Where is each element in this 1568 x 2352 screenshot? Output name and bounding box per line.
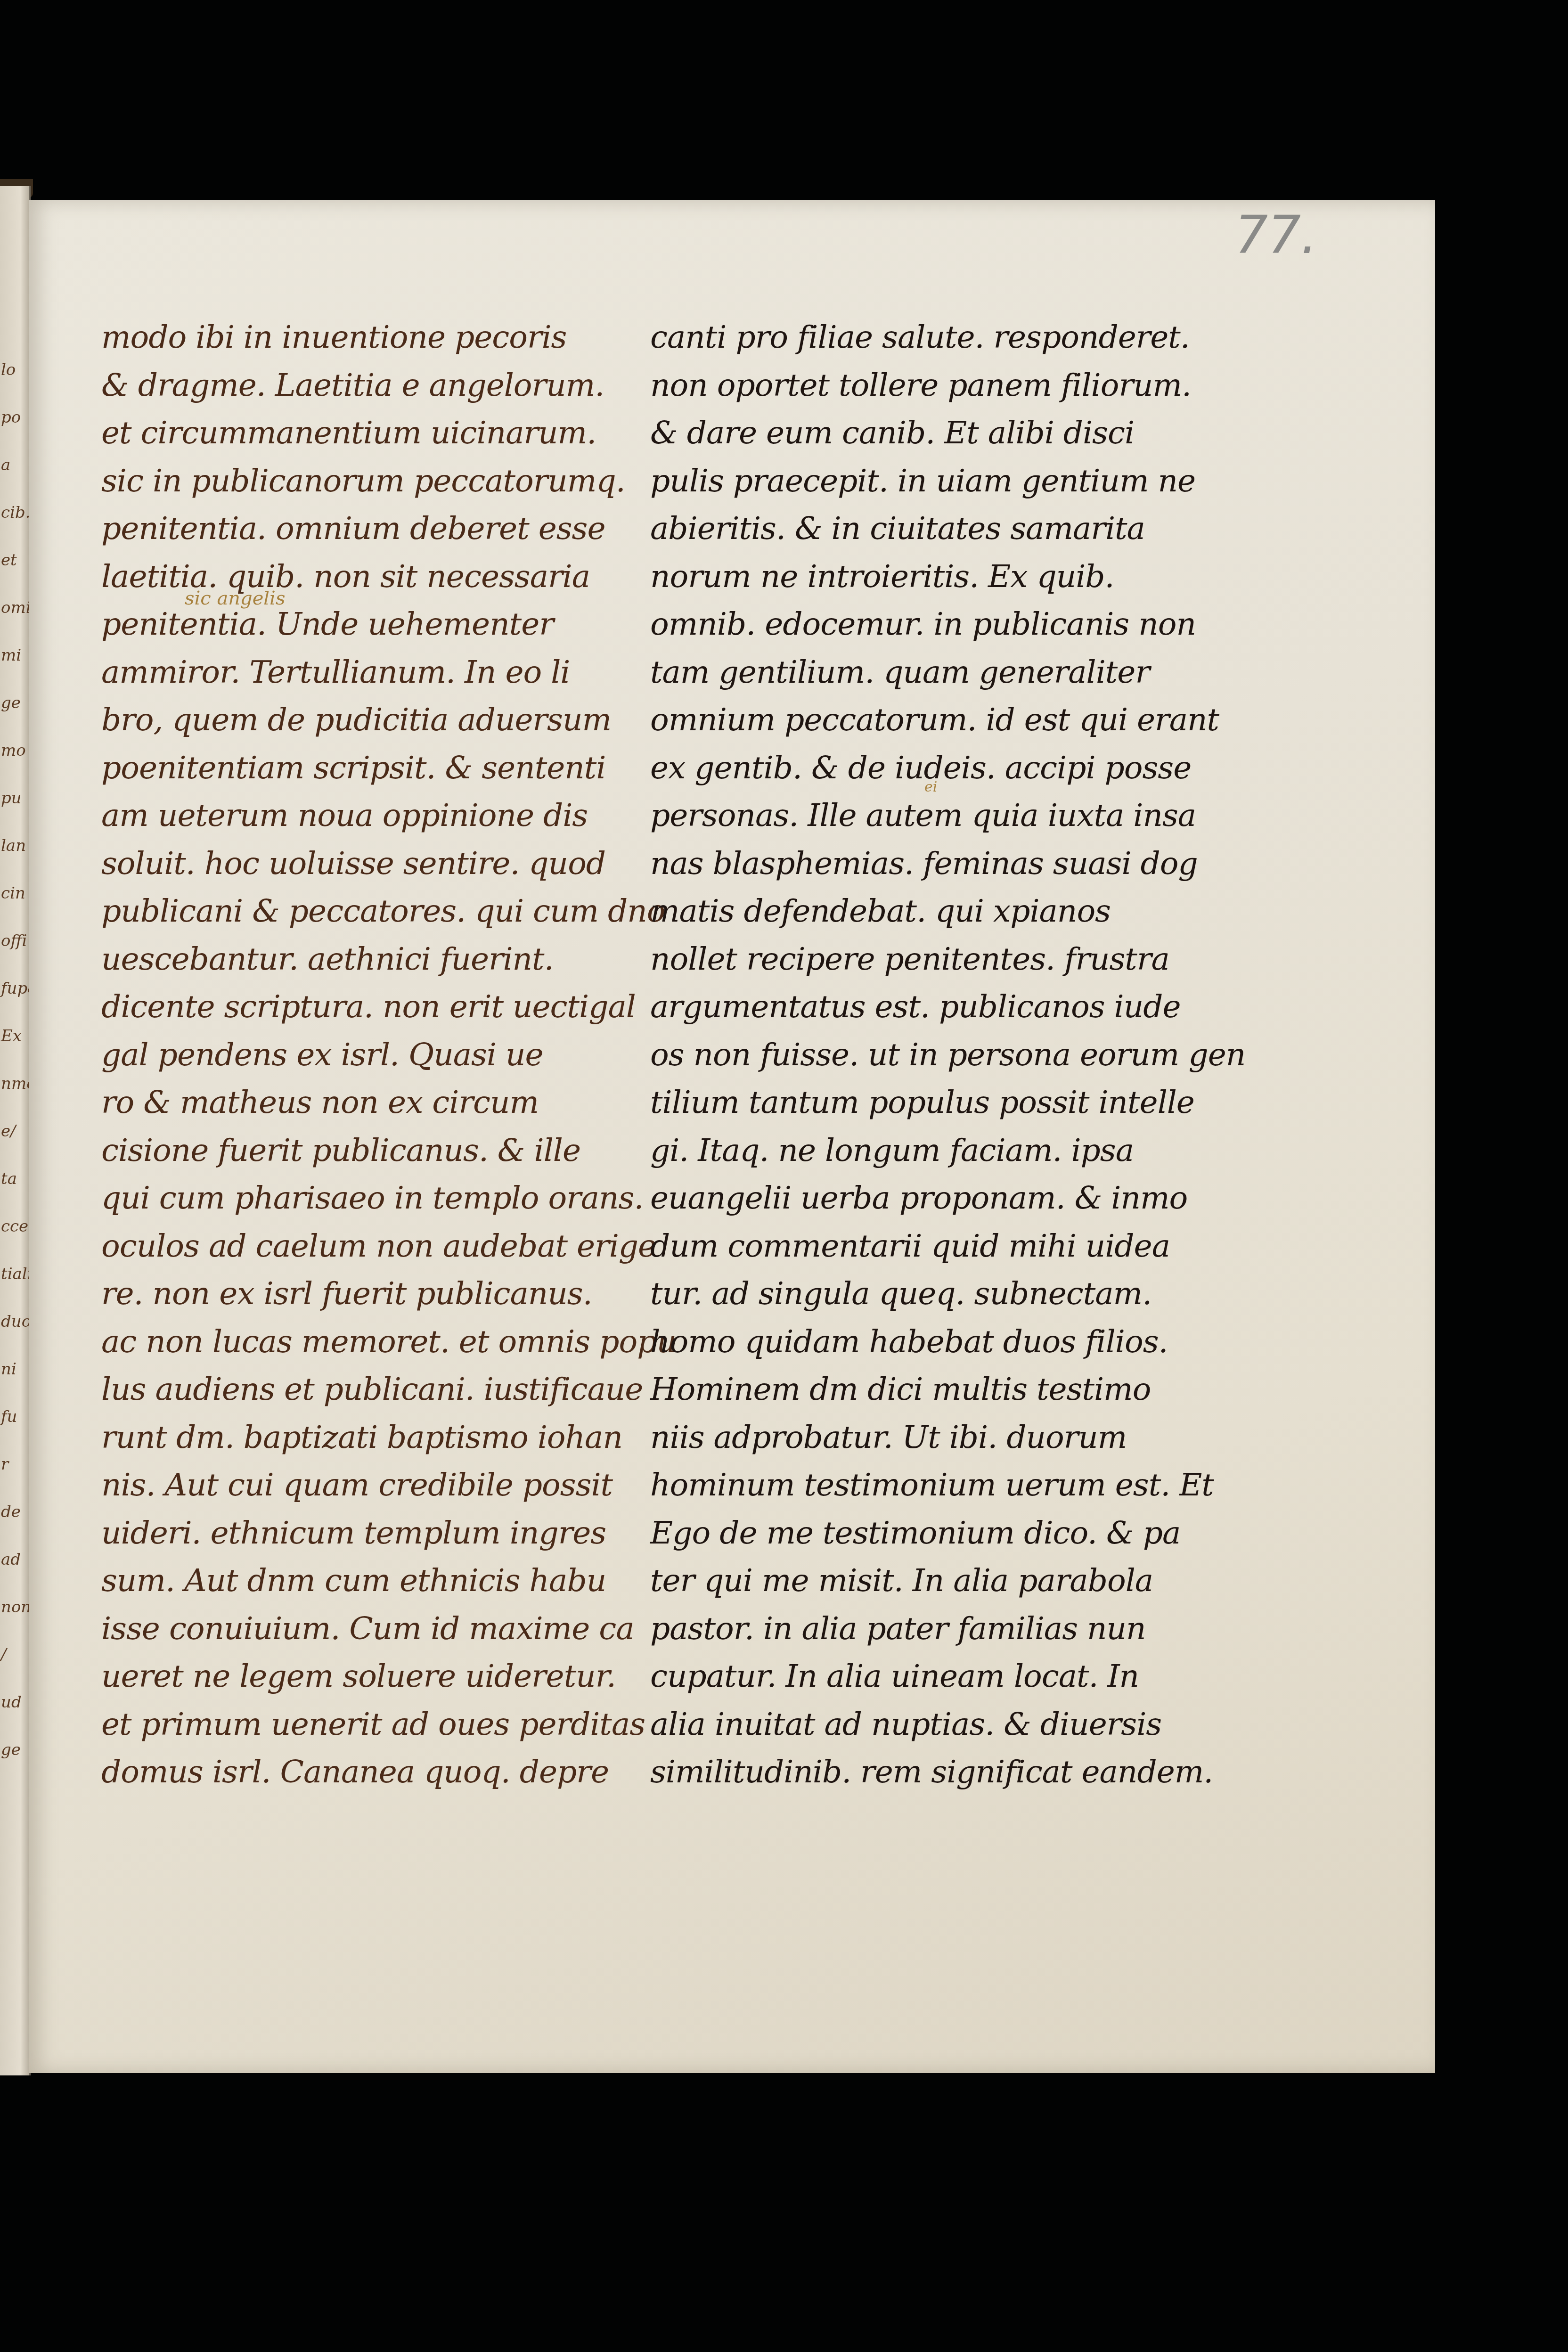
text-line: uescebantur. aethnici fuerint. [101,935,638,983]
facing-page-text-fragment: mo [1,741,26,760]
text-line: & dragme. Laetitia e angelorum. [101,361,638,409]
facing-page-text-fragment: offi [1,931,27,950]
facing-page-text-fragment: ge [1,1740,21,1759]
interlinear-gloss: ei [924,779,937,795]
facing-page-text-fragment: po [1,408,21,427]
text-line: penitentia. omnium deberet esse [101,505,638,553]
text-line: isse conuiuium. Cum id maxime ca [101,1605,638,1653]
text-line: argumentatus est. publicanos iude [650,983,1263,1031]
text-line: personas. Ille autem quia iuxta insa [650,792,1263,840]
text-line: soluit. hoc uoluisse sentire. quod [101,840,638,888]
facing-page-text-fragment: omi [1,598,31,617]
text-line: ueret ne legem soluere uideretur. [101,1652,638,1700]
text-line: & dare eum canib. Et alibi disci [650,409,1263,457]
text-line: ro & matheus non ex circum [101,1078,638,1127]
text-line: ammiror. Tertullianum. In eo li [101,648,638,696]
text-line: nollet recipere penitentes. frustra [650,935,1263,983]
text-line: dicente scriptura. non erit uectigal [101,983,638,1031]
text-line: ac non lucas memoret. et omnis popu [101,1318,638,1366]
interlinear-gloss: sic angelis [185,588,285,609]
text-line: tur. ad singula queq. subnectam. [650,1270,1263,1318]
text-line: alia inuitat ad nuptias. & diuersis [650,1700,1263,1748]
text-line: os non fuisse. ut in persona eorum gen [650,1031,1263,1079]
text-line: homo quidam habebat duos filios. [650,1318,1263,1366]
text-line: abieritis. & in ciuitates samarita [650,505,1263,553]
facing-page-text-fragment: ge [1,694,21,712]
facing-page-text-fragment: et [1,551,17,570]
facing-page-text-fragment: / [1,1645,6,1664]
text-line: hominum testimonium uerum est. Et [650,1461,1263,1509]
facing-page-text-fragment: non [1,1598,31,1617]
text-line: gi. Itaq. ne longum faciam. ipsa [650,1127,1263,1175]
text-line: dum commentarii quid mihi uidea [650,1222,1263,1270]
facing-page-edge: lopoacib.etomimigemopulancinoffifupeExnm… [0,186,31,2075]
facing-page-text-fragment: r [1,1455,8,1474]
text-line: matis defendebat. qui xpianos [650,887,1263,935]
text-line: ter qui me misit. In alia parabola [650,1557,1263,1605]
text-line: canti pro filiae salute. responderet. [650,313,1263,361]
facing-page-text-fragment: ud [1,1693,22,1712]
facing-page-text-fragment: tiali [1,1265,33,1283]
folio-number: 77. [1235,205,1317,265]
text-line: runt dm. baptizati baptismo iohan [101,1413,638,1462]
facing-page-text-fragment: lan [1,836,26,855]
text-column-left: modo ibi in inuentione pecoris& dragme. … [101,313,638,1796]
text-line: bro, quem de pudicitia aduersum [101,696,638,744]
text-column-right: canti pro filiae salute. responderet.non… [650,313,1263,1796]
text-line: omnium peccatorum. id est qui erant [650,696,1263,744]
text-line: poenitentiam scripsit. & sententi [101,744,638,792]
facing-page-text-fragment: ta [1,1169,17,1188]
facing-page-text-fragment: a [1,456,10,474]
facing-page-text-fragment: ad [1,1550,21,1569]
facing-page-text-fragment: e/ [1,1122,16,1141]
text-line: penitentia. Unde uehementer [101,600,638,648]
text-line: Ego de me testimonium dico. & pa [650,1509,1263,1557]
text-line: pulis praecepit. in uiam gentium ne [650,457,1263,505]
manuscript-leaf: 77. modo ibi in inuentione pecoris& drag… [29,200,1435,2073]
text-line: nis. Aut cui quam credibile possit [101,1461,638,1509]
text-line: re. non ex isrl fuerit publicanus. [101,1270,638,1318]
text-line: norum ne introieritis. Ex quib. [650,553,1263,601]
text-line: sic in publicanorum peccatorumq. [101,457,638,505]
facing-page-text-fragment: Ex [1,1027,22,1045]
text-line: lus audiens et publicani. iustificaue [101,1365,638,1413]
facing-page-text-fragment: cib. [1,503,31,522]
facing-page-text-fragment: duo [1,1312,31,1331]
text-line: tilium tantum populus possit intelle [650,1078,1263,1127]
text-line: cisione fuerit publicanus. & ille [101,1127,638,1175]
facing-page-text-fragment: cin [1,884,25,903]
text-line: Hominem dm dici multis testimo [650,1365,1263,1413]
text-line: domus isrl. Cananea quoq. depre [101,1748,638,1796]
text-line: et circummanentium uicinarum. [101,409,638,457]
text-line: niis adprobatur. Ut ibi. duorum [650,1413,1263,1462]
text-line: uideri. ethnicum templum ingres [101,1509,638,1557]
facing-page-text-fragment: de [1,1503,21,1521]
text-line: et primum uenerit ad oues perditas [101,1700,638,1748]
facing-page-text-fragment: lo [1,360,16,379]
text-line: qui cum pharisaeo in templo orans. [101,1174,638,1222]
text-line: nas blasphemias. feminas suasi dog [650,840,1263,888]
text-line: sum. Aut dnm cum ethnicis habu [101,1557,638,1605]
text-line: am ueterum noua oppinione dis [101,792,638,840]
text-line: non oportet tollere panem filiorum. [650,361,1263,409]
text-line: euangelii uerba proponam. & inmo [650,1174,1263,1222]
text-line: cupatur. In alia uineam locat. In [650,1652,1263,1700]
text-line: pastor. in alia pater familias nun [650,1605,1263,1653]
facing-page-text-fragment: fu [1,1407,17,1426]
text-line: laetitia. quib. non sit necessaria [101,553,638,601]
text-line: tam gentilium. quam generaliter [650,648,1263,696]
text-line: omnib. edocemur. in publicanis non [650,600,1263,648]
text-line: modo ibi in inuentione pecoris [101,313,638,361]
text-line: similitudinib. rem significat eandem. [650,1748,1263,1796]
facing-page-text-fragment: ni [1,1360,16,1379]
text-line: publicani & peccatores. qui cum dno [101,887,638,935]
facing-page-text-fragment: pu [1,789,22,808]
facing-page-text-fragment: mi [1,646,21,665]
text-line: oculos ad caelum non audebat erige [101,1222,638,1270]
text-line: ex gentib. & de iudeis. accipi posse [650,744,1263,792]
text-line: gal pendens ex isrl. Quasi ue [101,1031,638,1079]
